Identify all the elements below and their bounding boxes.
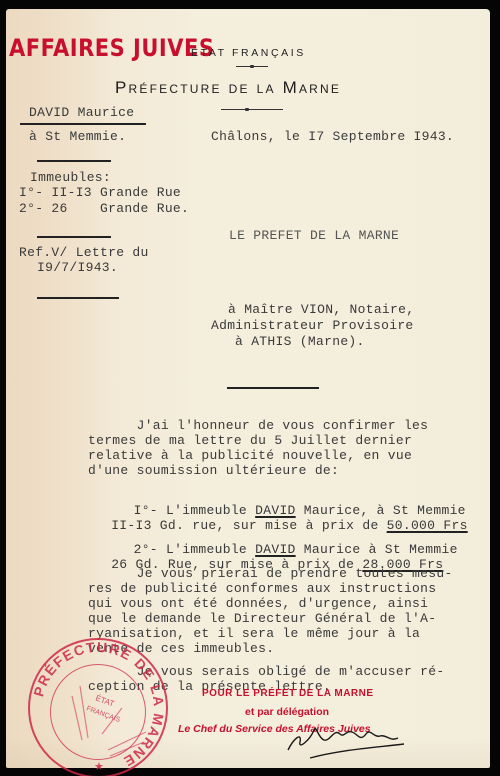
subject-name: DAVID Maurice <box>29 105 134 120</box>
ornament-divider <box>221 109 283 110</box>
letterhead-state: ÉTAT FRANÇAIS <box>191 47 306 59</box>
properties-label: Immeubles: <box>30 170 111 185</box>
letterhead-prefecture: Préfecture de la Marne <box>115 78 341 98</box>
separator-rule <box>37 160 111 162</box>
reference-line-1: Ref.V/ Lettre du <box>19 245 149 260</box>
property-1: I°- II-I3 Grande Rue <box>19 185 181 200</box>
separator-rule <box>37 236 111 238</box>
seal-ring-text: PRÉFECTURE DE LA MARNE ★ ÉTAT FRANÇAIS <box>28 638 168 776</box>
recipient-line-2: Administrateur Provisoire <box>211 318 414 333</box>
recipient-line-1: à Maître VION, Notaire, <box>228 302 414 317</box>
property-2: 2°- 26 Grande Rue. <box>19 201 189 216</box>
body-paragraph-2-line: qui vous ont été données, d'urgence, ain… <box>88 596 428 611</box>
subject-place: à St Memmie. <box>29 129 126 144</box>
reference-line-2: I9/7/I943. <box>37 260 118 275</box>
handwritten-signature <box>280 720 410 760</box>
recipient-line-3: à ATHIS (Marne). <box>235 334 365 349</box>
body-paragraph-2-line: que le demande le Directeur Général de l… <box>88 611 436 626</box>
svg-text:★: ★ <box>94 760 104 773</box>
signature-line-2: et par délégation <box>245 706 329 718</box>
signature-line-1: POUR LE PRÉFET DE LA MARNE <box>202 688 374 699</box>
sender-title: LE PREFET DE LA MARNE <box>229 228 399 243</box>
svg-text:FRANÇAIS: FRANÇAIS <box>85 705 121 724</box>
svg-text:ÉTAT: ÉTAT <box>94 693 115 708</box>
body-paragraph-2-line: res de publicité conformes aux instructi… <box>88 581 436 596</box>
place-date: Châlons, le I7 Septembre I943. <box>211 129 454 144</box>
affaires-juives-stamp: AFFAIRES JUIVES <box>9 34 214 62</box>
ornament-dot <box>250 65 254 68</box>
body-paragraph-2-line: Je vous prierai de prendre toutes mesu- <box>88 566 453 581</box>
svg-text:PRÉFECTURE DE LA MARNE: PRÉFECTURE DE LA MARNE <box>30 639 167 771</box>
underline <box>20 123 146 125</box>
body-paragraph-1-line: d'une soumission ultérieure de: <box>88 463 339 478</box>
body-paragraph-1-line: relative à la publicité nouvelle, en vue <box>88 448 412 463</box>
body-paragraph-1-line: termes de ma lettre du 5 Juillet dernier <box>88 433 412 448</box>
separator-rule <box>227 387 319 389</box>
ornament-dot <box>245 108 249 111</box>
separator-rule <box>37 297 119 299</box>
body-paragraph-1-line: J'ai l'honneur de vous confirmer les <box>88 418 428 433</box>
